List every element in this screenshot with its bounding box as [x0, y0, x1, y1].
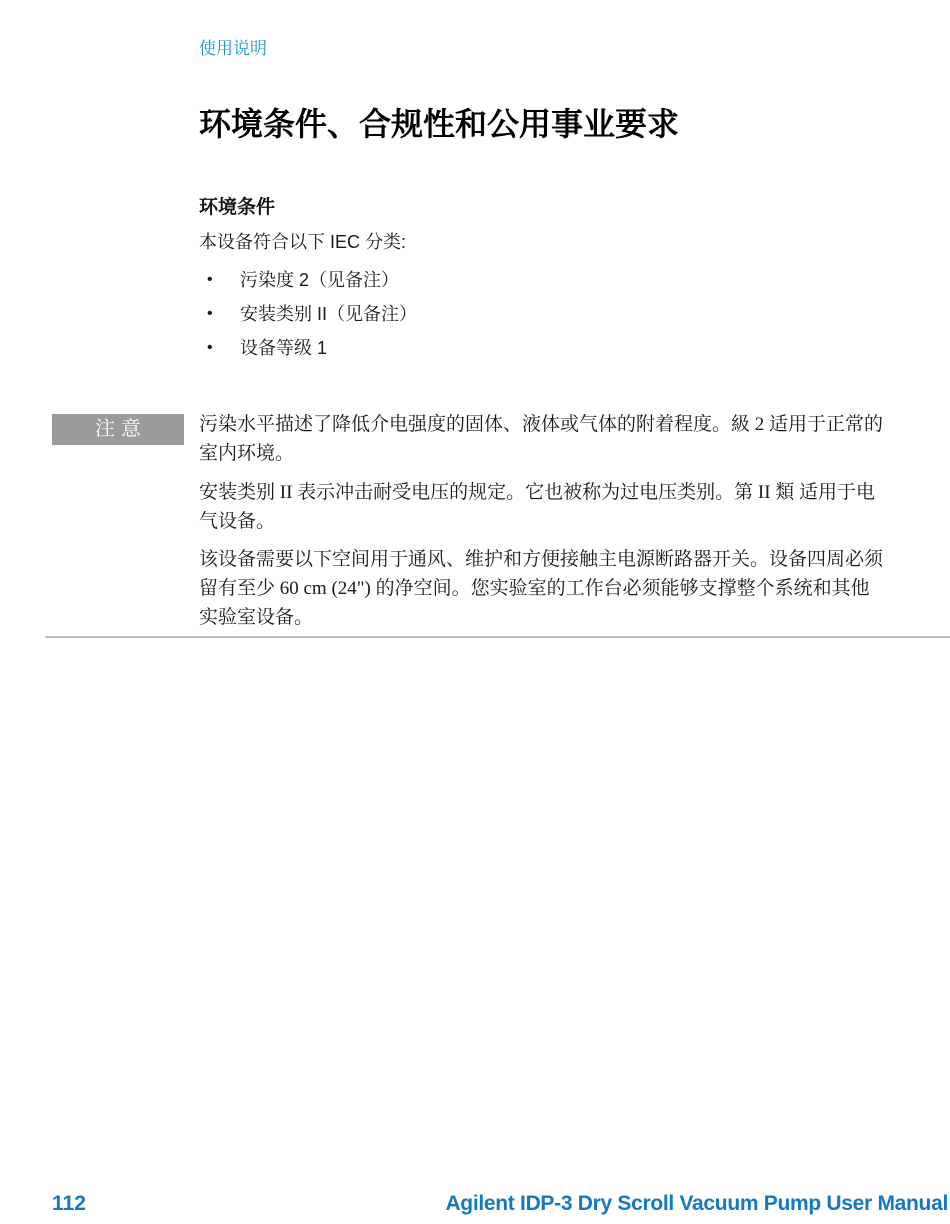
text-line: 污染水平描述了降低介电强度的固体、液体或气体的附着程度。級 2 适用于正常的 [199, 410, 948, 439]
intro-text: 本设备符合以下 IEC 分类: [199, 230, 406, 254]
manual-page: 使用说明 环境条件、合规性和公用事业要求 环境条件 本设备符合以下 IEC 分类… [0, 0, 950, 1224]
list-item: • 安装类别 II（见备注） [207, 303, 417, 325]
page-number: 112 [52, 1192, 86, 1216]
note-paragraph: 该设备需要以下空间用于通风、维护和方便接触主电源断路器开关。设备四周必须 留有至… [199, 545, 948, 632]
text-line: 该设备需要以下空间用于通风、维护和方便接触主电源断路器开关。设备四周必须 [199, 545, 948, 574]
section-heading-environmental-conditions: 环境条件 [199, 192, 275, 219]
text-line: 实验室设备。 [199, 603, 948, 632]
manual-title: Agilent IDP-3 Dry Scroll Vacuum Pump Use… [445, 1192, 948, 1216]
list-item-text: 设备等级 1 [240, 337, 327, 359]
list-item: • 设备等级 1 [207, 337, 417, 359]
text-line: 气设备。 [199, 507, 948, 536]
bullet-icon: • [207, 337, 240, 359]
note-text: 污染水平描述了降低介电强度的固体、液体或气体的附着程度。級 2 适用于正常的 室… [199, 410, 948, 632]
list-item-text: 安装类别 II（见备注） [240, 303, 417, 325]
bullet-icon: • [207, 269, 240, 291]
bullet-icon: • [207, 303, 240, 325]
list-item-text: 污染度 2（见备注） [240, 269, 399, 291]
iec-classification-list: • 污染度 2（见备注） • 安装类别 II（见备注） • 设备等级 1 [207, 269, 417, 371]
text-line: 室内环境。 [199, 439, 948, 468]
list-item: • 污染度 2（见备注） [207, 269, 417, 291]
note-paragraph: 安装类别 II 表示冲击耐受电压的规定。它也被称为过电压类别。第 II 類 适用… [199, 478, 948, 536]
running-header: 使用说明 [199, 34, 267, 59]
footer-divider [45, 636, 950, 638]
note-paragraph: 污染水平描述了降低介电强度的固体、液体或气体的附着程度。級 2 适用于正常的 室… [199, 410, 948, 468]
note-block: 注意 污染水平描述了降低介电强度的固体、液体或气体的附着程度。級 2 适用于正常… [52, 410, 948, 632]
page-title: 环境条件、合规性和公用事业要求 [199, 103, 679, 145]
text-line: 留有至少 60 cm (24") 的净空间。您实验室的工作台必须能够支撑整个系统… [199, 574, 948, 603]
note-badge: 注意 [52, 414, 184, 445]
text-line: 安装类别 II 表示冲击耐受电压的规定。它也被称为过电压类别。第 II 類 适用… [199, 478, 948, 507]
